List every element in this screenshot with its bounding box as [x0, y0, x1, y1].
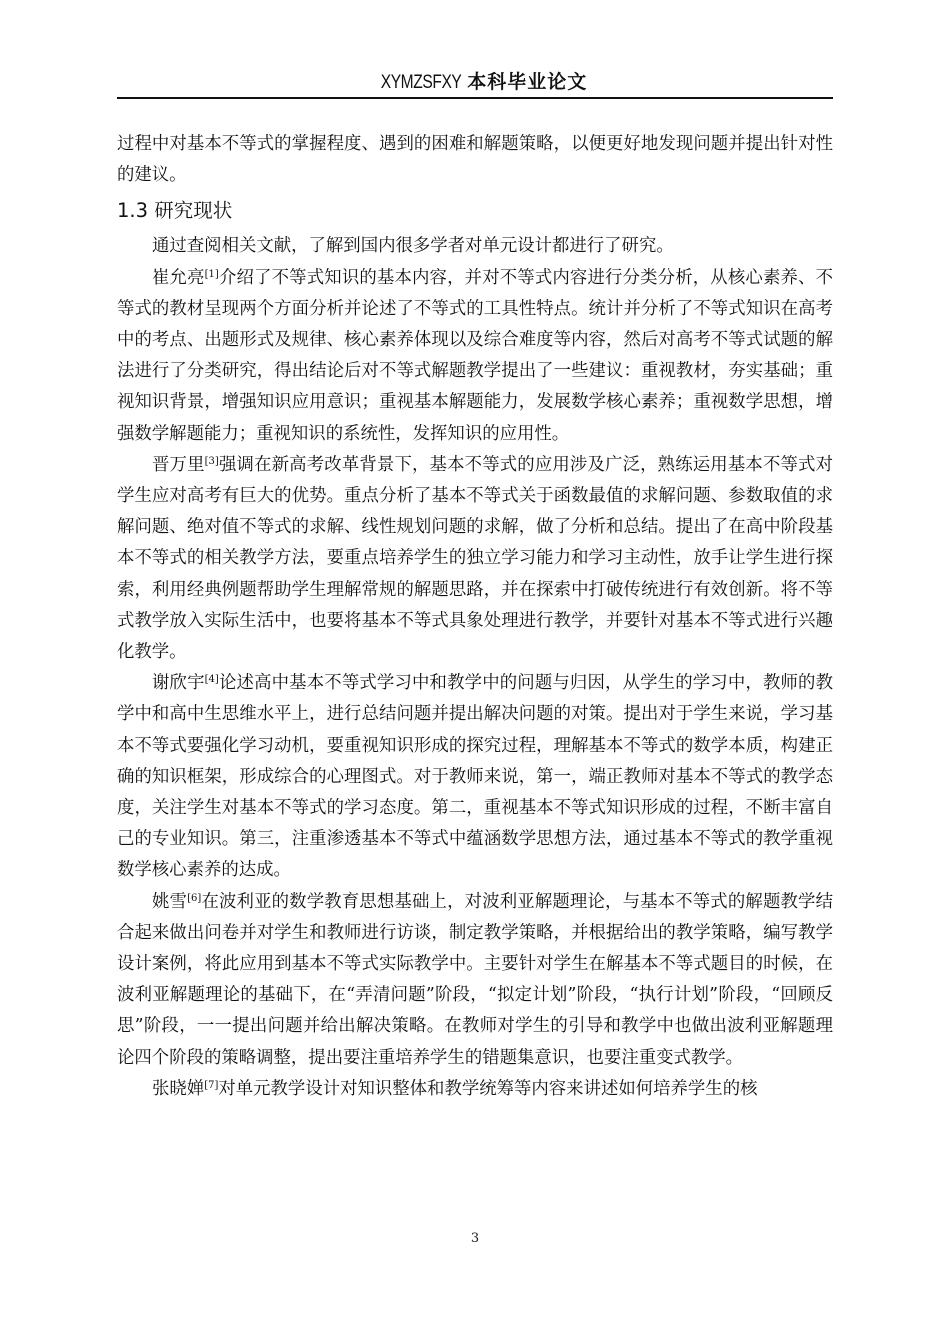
section-heading: 1.3 研究现状: [117, 191, 833, 231]
author-name: 谢欣宇: [152, 673, 205, 693]
header-rule: [117, 97, 833, 99]
paragraph-text: 在波利亚的数学教育思想基础上，对波利亚解题理论，与基本不等式的解题教学结合起来做…: [117, 892, 833, 1068]
header-title: 本科毕业论文: [467, 71, 587, 93]
paragraph-yao: 姚雪[6]在波利亚的数学教育思想基础上，对波利亚解题理论，与基本不等式的解题教学…: [117, 887, 833, 1074]
paragraph-xie: 谢欣宇[4]论述高中基本不等式学习中和教学中的问题与归因，从学生的学习中，教师的…: [117, 668, 833, 886]
citation-ref[interactable]: [3]: [205, 456, 219, 467]
paragraph-intro: 通过查阅相关文献，了解到国内很多学者对单元设计都进行了研究。: [117, 231, 833, 262]
author-name: 姚雪: [152, 892, 187, 912]
author-name: 崔允亮: [152, 268, 205, 288]
author-name: 晋万里: [152, 455, 205, 475]
author-name: 张晓婵: [152, 1079, 204, 1099]
paragraph-continuation: 过程中对基本不等式的掌握程度、遇到的困难和解题策略，以便更好地发现问题并提出针对…: [117, 129, 833, 191]
paragraph-text: 论述高中基本不等式学习中和教学中的问题与归因，从学生的学习中，教师的教学中和高中…: [117, 673, 833, 880]
citation-ref[interactable]: [1]: [205, 269, 219, 280]
paragraph-jin: 晋万里[3]强调在新高考改革背景下，基本不等式的应用涉及广泛，熟练运用基本不等式…: [117, 450, 833, 668]
running-header: XYMZSFXY本科毕业论文: [117, 70, 833, 95]
paragraph-text: 对单元教学设计对知识整体和教学统筹等内容来讲述如何培养学生的核: [218, 1079, 757, 1099]
paragraph-text: 介绍了不等式知识的基本内容，并对不等式内容进行分类分析，从核心素养、不等式的教材…: [117, 268, 833, 444]
paragraph-text: 强调在新高考改革背景下，基本不等式的应用涉及广泛，熟练运用基本不等式对学生应对高…: [117, 455, 833, 662]
page-number: 3: [117, 1231, 833, 1246]
citation-ref[interactable]: [6]: [187, 893, 201, 904]
paragraph-cui: 崔允亮[1]介绍了不等式知识的基本内容，并对不等式内容进行分类分析，从核心素养、…: [117, 263, 833, 450]
citation-ref[interactable]: [7]: [204, 1080, 218, 1091]
paragraph-zhang: 张晓婵[7]对单元教学设计对知识整体和教学统筹等内容来讲述如何培养学生的核: [117, 1074, 833, 1105]
citation-ref[interactable]: [4]: [205, 674, 219, 685]
body-text: 过程中对基本不等式的掌握程度、遇到的困难和解题策略，以便更好地发现问题并提出针对…: [117, 129, 833, 1105]
header-school-code: XYMZSFXY: [380, 71, 461, 95]
